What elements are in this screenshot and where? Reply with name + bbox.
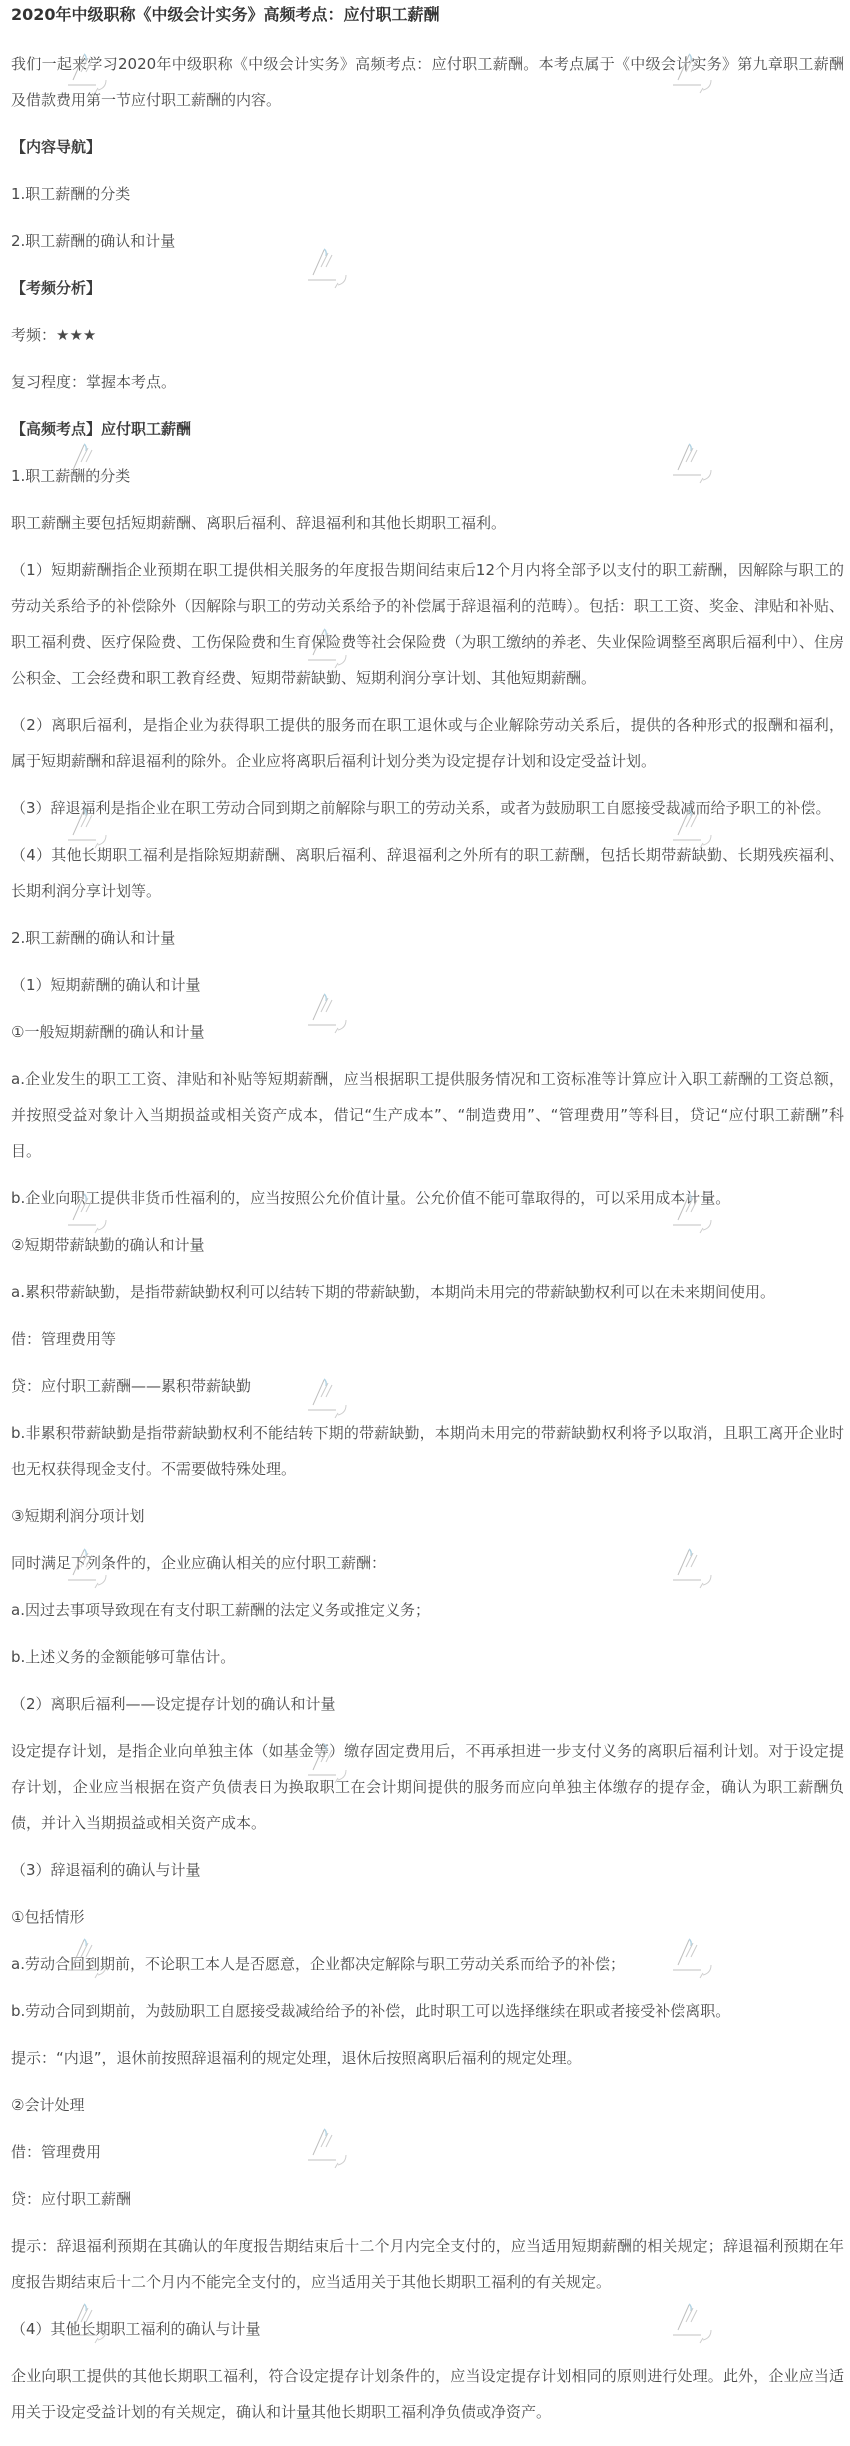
paragraph: a.企业发生的职工工资、津贴和补贴等短期薪酬，应当根据职工提供服务情况和工资标准… [11,1061,844,1169]
paragraph: b.企业向职工提供非货币性福利的，应当按照公允价值计量。公允价值不能可靠取得的，… [11,1180,844,1216]
paragraph: 同时满足下列条件的，企业应确认相关的应付职工薪酬： [11,1545,844,1581]
paragraph: ②短期带薪缺勤的确认和计量 [11,1227,844,1263]
article-body: 我们一起来学习2020年中级职称《中级会计实务》高频考点：应付职工薪酬。本考点属… [11,46,844,2430]
paragraph: ①一般短期薪酬的确认和计量 [11,1014,844,1050]
section-heading: 【高频考点】应付职工薪酬 [11,411,844,447]
article: 2020年中级职称《中级会计实务》高频考点：应付职工薪酬 我们一起来学习2020… [0,0,850,2430]
paragraph: 2.职工薪酬的确认和计量 [11,920,844,956]
paragraph: 企业向职工提供的其他长期职工福利，符合设定提存计划条件的，应当设定提存计划相同的… [11,2358,844,2430]
paragraph: 设定提存计划，是指企业向单独主体（如基金等）缴存固定费用后，不再承担进一步支付义… [11,1733,844,1841]
paragraph: （1）短期薪酬的确认和计量 [11,967,844,1003]
paragraph: 我们一起来学习2020年中级职称《中级会计实务》高频考点：应付职工薪酬。本考点属… [11,46,844,118]
paragraph: a.累积带薪缺勤，是指带薪缺勤权利可以结转下期的带薪缺勤，本期尚未用完的带薪缺勤… [11,1274,844,1310]
paragraph: b.上述义务的金额能够可靠估计。 [11,1639,844,1675]
paragraph: （4）其他长期职工福利是指除短期薪酬、离职后福利、辞退福利之外所有的职工薪酬，包… [11,837,844,909]
paragraph: 复习程度：掌握本考点。 [11,364,844,400]
paragraph: 1.职工薪酬的分类 [11,458,844,494]
paragraph: （2）离职后福利——设定提存计划的确认和计量 [11,1686,844,1722]
paragraph: （4）其他长期职工福利的确认与计量 [11,2311,844,2347]
paragraph: b.非累积带薪缺勤是指带薪缺勤权利不能结转下期的带薪缺勤，本期尚未用完的带薪缺勤… [11,1415,844,1487]
paragraph: 职工薪酬主要包括短期薪酬、离职后福利、辞退福利和其他长期职工福利。 [11,505,844,541]
paragraph: ③短期利润分项计划 [11,1498,844,1534]
section-heading: 【考频分析】 [11,270,844,306]
paragraph: 贷：应付职工薪酬——累积带薪缺勤 [11,1368,844,1404]
paragraph: a.劳动合同到期前，不论职工本人是否愿意，企业都决定解除与职工劳动关系而给予的补… [11,1946,844,1982]
paragraph: 提示：“内退”，退休前按照辞退福利的规定处理，退休后按照离职后福利的规定处理。 [11,2040,844,2076]
paragraph: 贷：应付职工薪酬 [11,2181,844,2217]
paragraph: b.劳动合同到期前，为鼓励职工自愿接受裁减给给予的补偿，此时职工可以选择继续在职… [11,1993,844,2029]
paragraph: （3）辞退福利的确认与计量 [11,1852,844,1888]
paragraph: a.因过去事项导致现在有支付职工薪酬的法定义务或推定义务； [11,1592,844,1628]
paragraph: （2）离职后福利，是指企业为获得职工提供的服务而在职工退休或与企业解除劳动关系后… [11,707,844,779]
paragraph: 提示：辞退福利预期在其确认的年度报告期结束后十二个月内完全支付的，应当适用短期薪… [11,2228,844,2300]
paragraph: ①包括情形 [11,1899,844,1935]
paragraph: 考频：★★★ [11,317,844,353]
paragraph: 1.职工薪酬的分类 [11,176,844,212]
section-heading: 【内容导航】 [11,129,844,165]
paragraph: （3）辞退福利是指企业在职工劳动合同到期之前解除与职工的劳动关系，或者为鼓励职工… [11,790,844,826]
paragraph: ②会计处理 [11,2087,844,2123]
paragraph: 借：管理费用 [11,2134,844,2170]
paragraph: 2.职工薪酬的确认和计量 [11,223,844,259]
paragraph: 借：管理费用等 [11,1321,844,1357]
article-title: 2020年中级职称《中级会计实务》高频考点：应付职工薪酬 [11,2,844,28]
paragraph: （1）短期薪酬指企业预期在职工提供相关服务的年度报告期间结束后12个月内将全部予… [11,552,844,696]
